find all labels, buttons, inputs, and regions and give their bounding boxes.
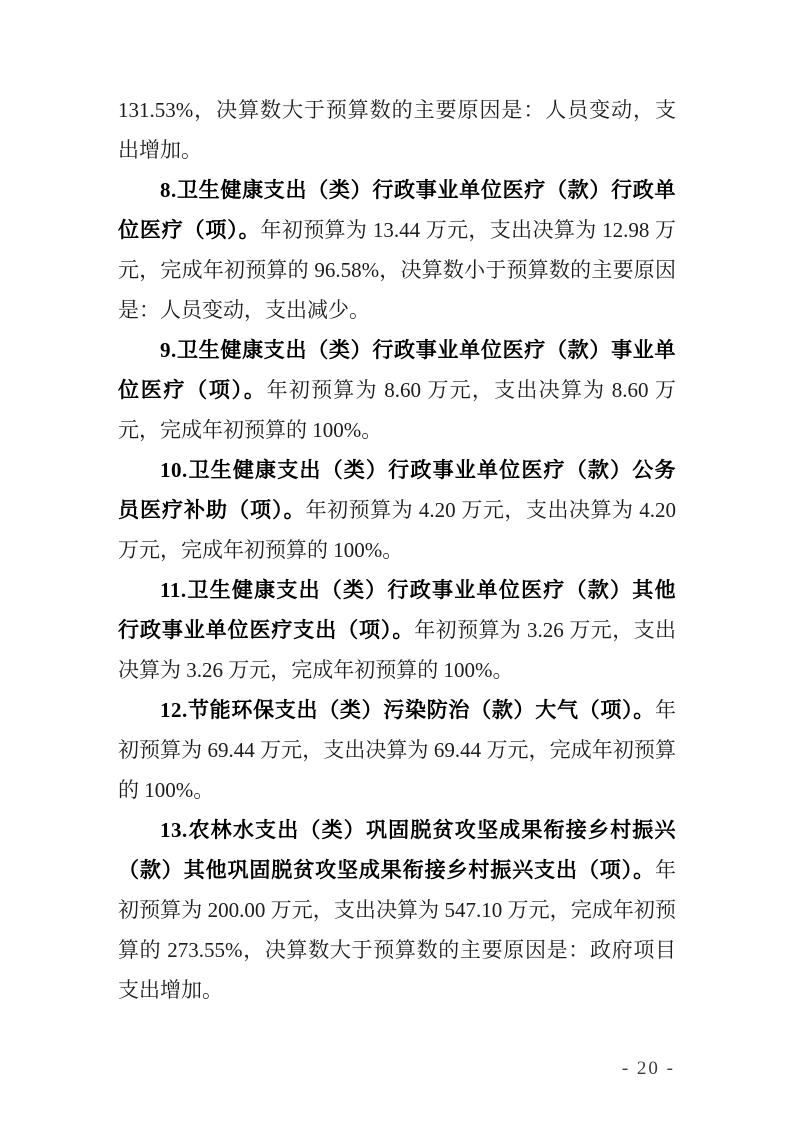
paragraph-item-11: 11.卫生健康支出（类）行政事业单位医疗（款）其他行政事业单位医疗支出（项）。年… xyxy=(118,570,676,690)
paragraph-item-12: 12.节能环保支出（类）污染防治（款）大气（项）。年初预算为 69.44 万元，… xyxy=(118,690,676,810)
paragraph-item-10: 10.卫生健康支出（类）行政事业单位医疗（款）公务员医疗补助（项）。年初预算为 … xyxy=(118,450,676,570)
paragraph-item-8: 8.卫生健康支出（类）行政事业单位医疗（款）行政单位医疗（项）。年初预算为 13… xyxy=(118,170,676,330)
paragraph-item-9: 9.卫生健康支出（类）行政事业单位医疗（款）事业单位医疗（项）。年初预算为 8.… xyxy=(118,330,676,450)
document-page: 131.53%，决算数大于预算数的主要原因是：人员变动，支出增加。 8.卫生健康… xyxy=(0,0,793,1122)
paragraph-heading: 13.农林水支出（类）巩固脱贫攻坚成果衔接乡村振兴（款）其他巩固脱贫攻坚成果衔接… xyxy=(118,818,676,882)
paragraph-continuation: 131.53%，决算数大于预算数的主要原因是：人员变动，支出增加。 xyxy=(118,90,676,170)
page-number: - 20 - xyxy=(622,1058,675,1080)
paragraph-item-13: 13.农林水支出（类）巩固脱贫攻坚成果衔接乡村振兴（款）其他巩固脱贫攻坚成果衔接… xyxy=(118,810,676,1010)
document-body: 131.53%，决算数大于预算数的主要原因是：人员变动，支出增加。 8.卫生健康… xyxy=(118,90,676,1010)
paragraph-heading: 12.节能环保支出（类）污染防治（款）大气（项）。 xyxy=(160,698,655,722)
paragraph-text: 131.53%，决算数大于预算数的主要原因是：人员变动，支出增加。 xyxy=(118,98,676,162)
